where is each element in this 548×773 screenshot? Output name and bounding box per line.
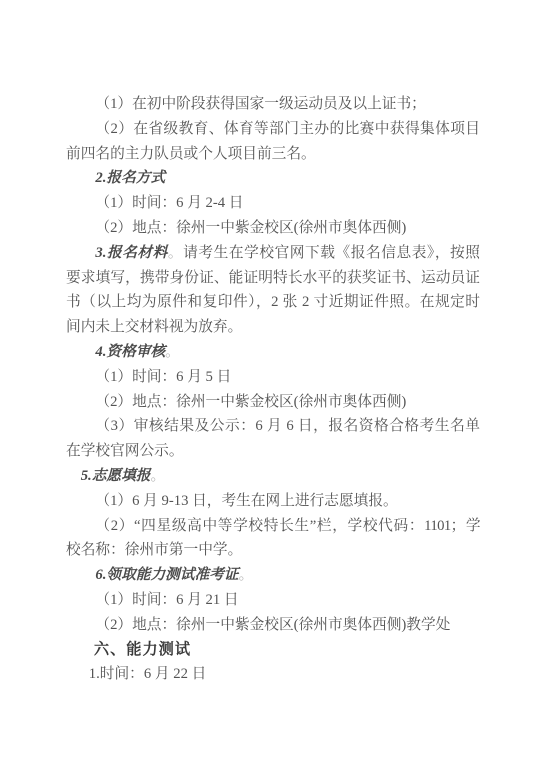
heading-text: 4.资格审核 xyxy=(95,344,165,360)
heading-registration-method: 2.报名方式 xyxy=(66,166,480,191)
line-text: 书（以上均为原件和复印件），2 张 2 寸近期证件照。在规定时 xyxy=(66,294,480,310)
heading-text: 3.报名材料 xyxy=(95,245,168,261)
heading-registration-materials: 3.报名材料。请考生在学校官网下载《报名信息表》，按照 xyxy=(66,241,480,266)
text-line: 在学校官网公示。 xyxy=(66,439,480,464)
line-text: （2）地点：徐州一中紫金校区(徐州市奥体西侧)教学处 xyxy=(95,617,450,633)
text-line: （1）时间：6 月 2-4 日 xyxy=(66,191,480,216)
line-text: 间内未上交材料视为放弃。 xyxy=(66,319,242,335)
line-text: （1）时间：6 月 2-4 日 xyxy=(95,195,243,211)
document-page: （1）在初中阶段获得国家一级运动员及以上证书； （2）在省级教育、体育等部门主办… xyxy=(0,0,548,773)
heading-period: 。 xyxy=(150,468,165,484)
line-text: 校名称：徐州市第一中学。 xyxy=(66,542,242,558)
text-line: （2）在省级教育、体育等部门主办的比赛中获得集体项目 xyxy=(66,117,480,142)
line-text: （3）审核结果及公示：6 月 6 日，报名资格合格考生名单 xyxy=(95,418,480,434)
heading-qualification-review: 4.资格审核。 xyxy=(66,340,480,365)
text-line: 前四名的主力队员或个人项目前三名。 xyxy=(66,142,480,167)
heading-text: 6.领取能力测试准考证 xyxy=(95,567,238,583)
line-text: 要求填写，携带身份证、能证明特长水平的获奖证书、运动员证 xyxy=(66,270,480,286)
line-text: （2）“四星级高中等学校特长生”栏，学校代码：1101；学 xyxy=(95,518,480,534)
heading-volunteer-application: 5.志愿填报。 xyxy=(66,464,480,489)
text-line: （2）地点：徐州一中紫金校区(徐州市奥体西侧)教学处 xyxy=(66,613,480,638)
text-line: 校名称：徐州市第一中学。 xyxy=(66,538,480,563)
line-text: 在学校官网公示。 xyxy=(66,443,184,459)
line-text: （2）在省级教育、体育等部门主办的比赛中获得集体项目 xyxy=(95,121,480,137)
line-text: （1）时间：6 月 21 日 xyxy=(95,592,238,608)
text-line: （1）时间：6 月 5 日 xyxy=(66,365,480,390)
heading-section-ability-test: 六、能力测试 xyxy=(66,638,480,663)
heading-period: 。 xyxy=(168,245,183,261)
text-line: （3）审核结果及公示：6 月 6 日，报名资格合格考生名单 xyxy=(66,414,480,439)
text-line: （2）“四星级高中等学校特长生”栏，学校代码：1101；学 xyxy=(66,514,480,539)
text-line: （2）地点：徐州一中紫金校区(徐州市奥体西侧) xyxy=(66,390,480,415)
line-text: （1）在初中阶段获得国家一级运动员及以上证书； xyxy=(95,96,425,112)
heading-admission-ticket: 6.领取能力测试准考证。 xyxy=(66,563,480,588)
line-text: 前四名的主力队员或个人项目前三名。 xyxy=(66,146,316,162)
line-text: （1）时间：6 月 5 日 xyxy=(95,369,231,385)
text-line: （1）时间：6 月 21 日 xyxy=(66,588,480,613)
text-line: （2）地点：徐州一中紫金校区(徐州市奥体西侧) xyxy=(66,216,480,241)
text-line: 1.时间：6 月 22 日 xyxy=(66,662,480,687)
heading-period: 。 xyxy=(239,567,254,583)
line-text: （2）地点：徐州一中紫金校区(徐州市奥体西侧) xyxy=(95,394,406,410)
heading-text: 5.志愿填报 xyxy=(81,468,151,484)
text-line: 间内未上交材料视为放弃。 xyxy=(66,315,480,340)
line-text: （1）6 月 9-13 日，考生在网上进行志愿填报。 xyxy=(95,493,397,509)
text-line: （1）在初中阶段获得国家一级运动员及以上证书； xyxy=(66,92,480,117)
text-line: 要求填写，携带身份证、能证明特长水平的获奖证书、运动员证 xyxy=(66,266,480,291)
text-line: （1）6 月 9-13 日，考生在网上进行志愿填报。 xyxy=(66,489,480,514)
line-text: 请考生在学校官网下载《报名信息表》，按照 xyxy=(183,245,480,261)
heading-period: 。 xyxy=(165,344,180,360)
document-body: （1）在初中阶段获得国家一级运动员及以上证书； （2）在省级教育、体育等部门主办… xyxy=(66,92,480,687)
line-text: （2）地点：徐州一中紫金校区(徐州市奥体西侧) xyxy=(95,220,406,236)
line-text: 1.时间：6 月 22 日 xyxy=(89,666,207,682)
text-line: 书（以上均为原件和复印件），2 张 2 寸近期证件照。在规定时 xyxy=(66,290,480,315)
heading-text: 2.报名方式 xyxy=(95,170,165,186)
heading-text: 六、能力测试 xyxy=(94,641,191,658)
